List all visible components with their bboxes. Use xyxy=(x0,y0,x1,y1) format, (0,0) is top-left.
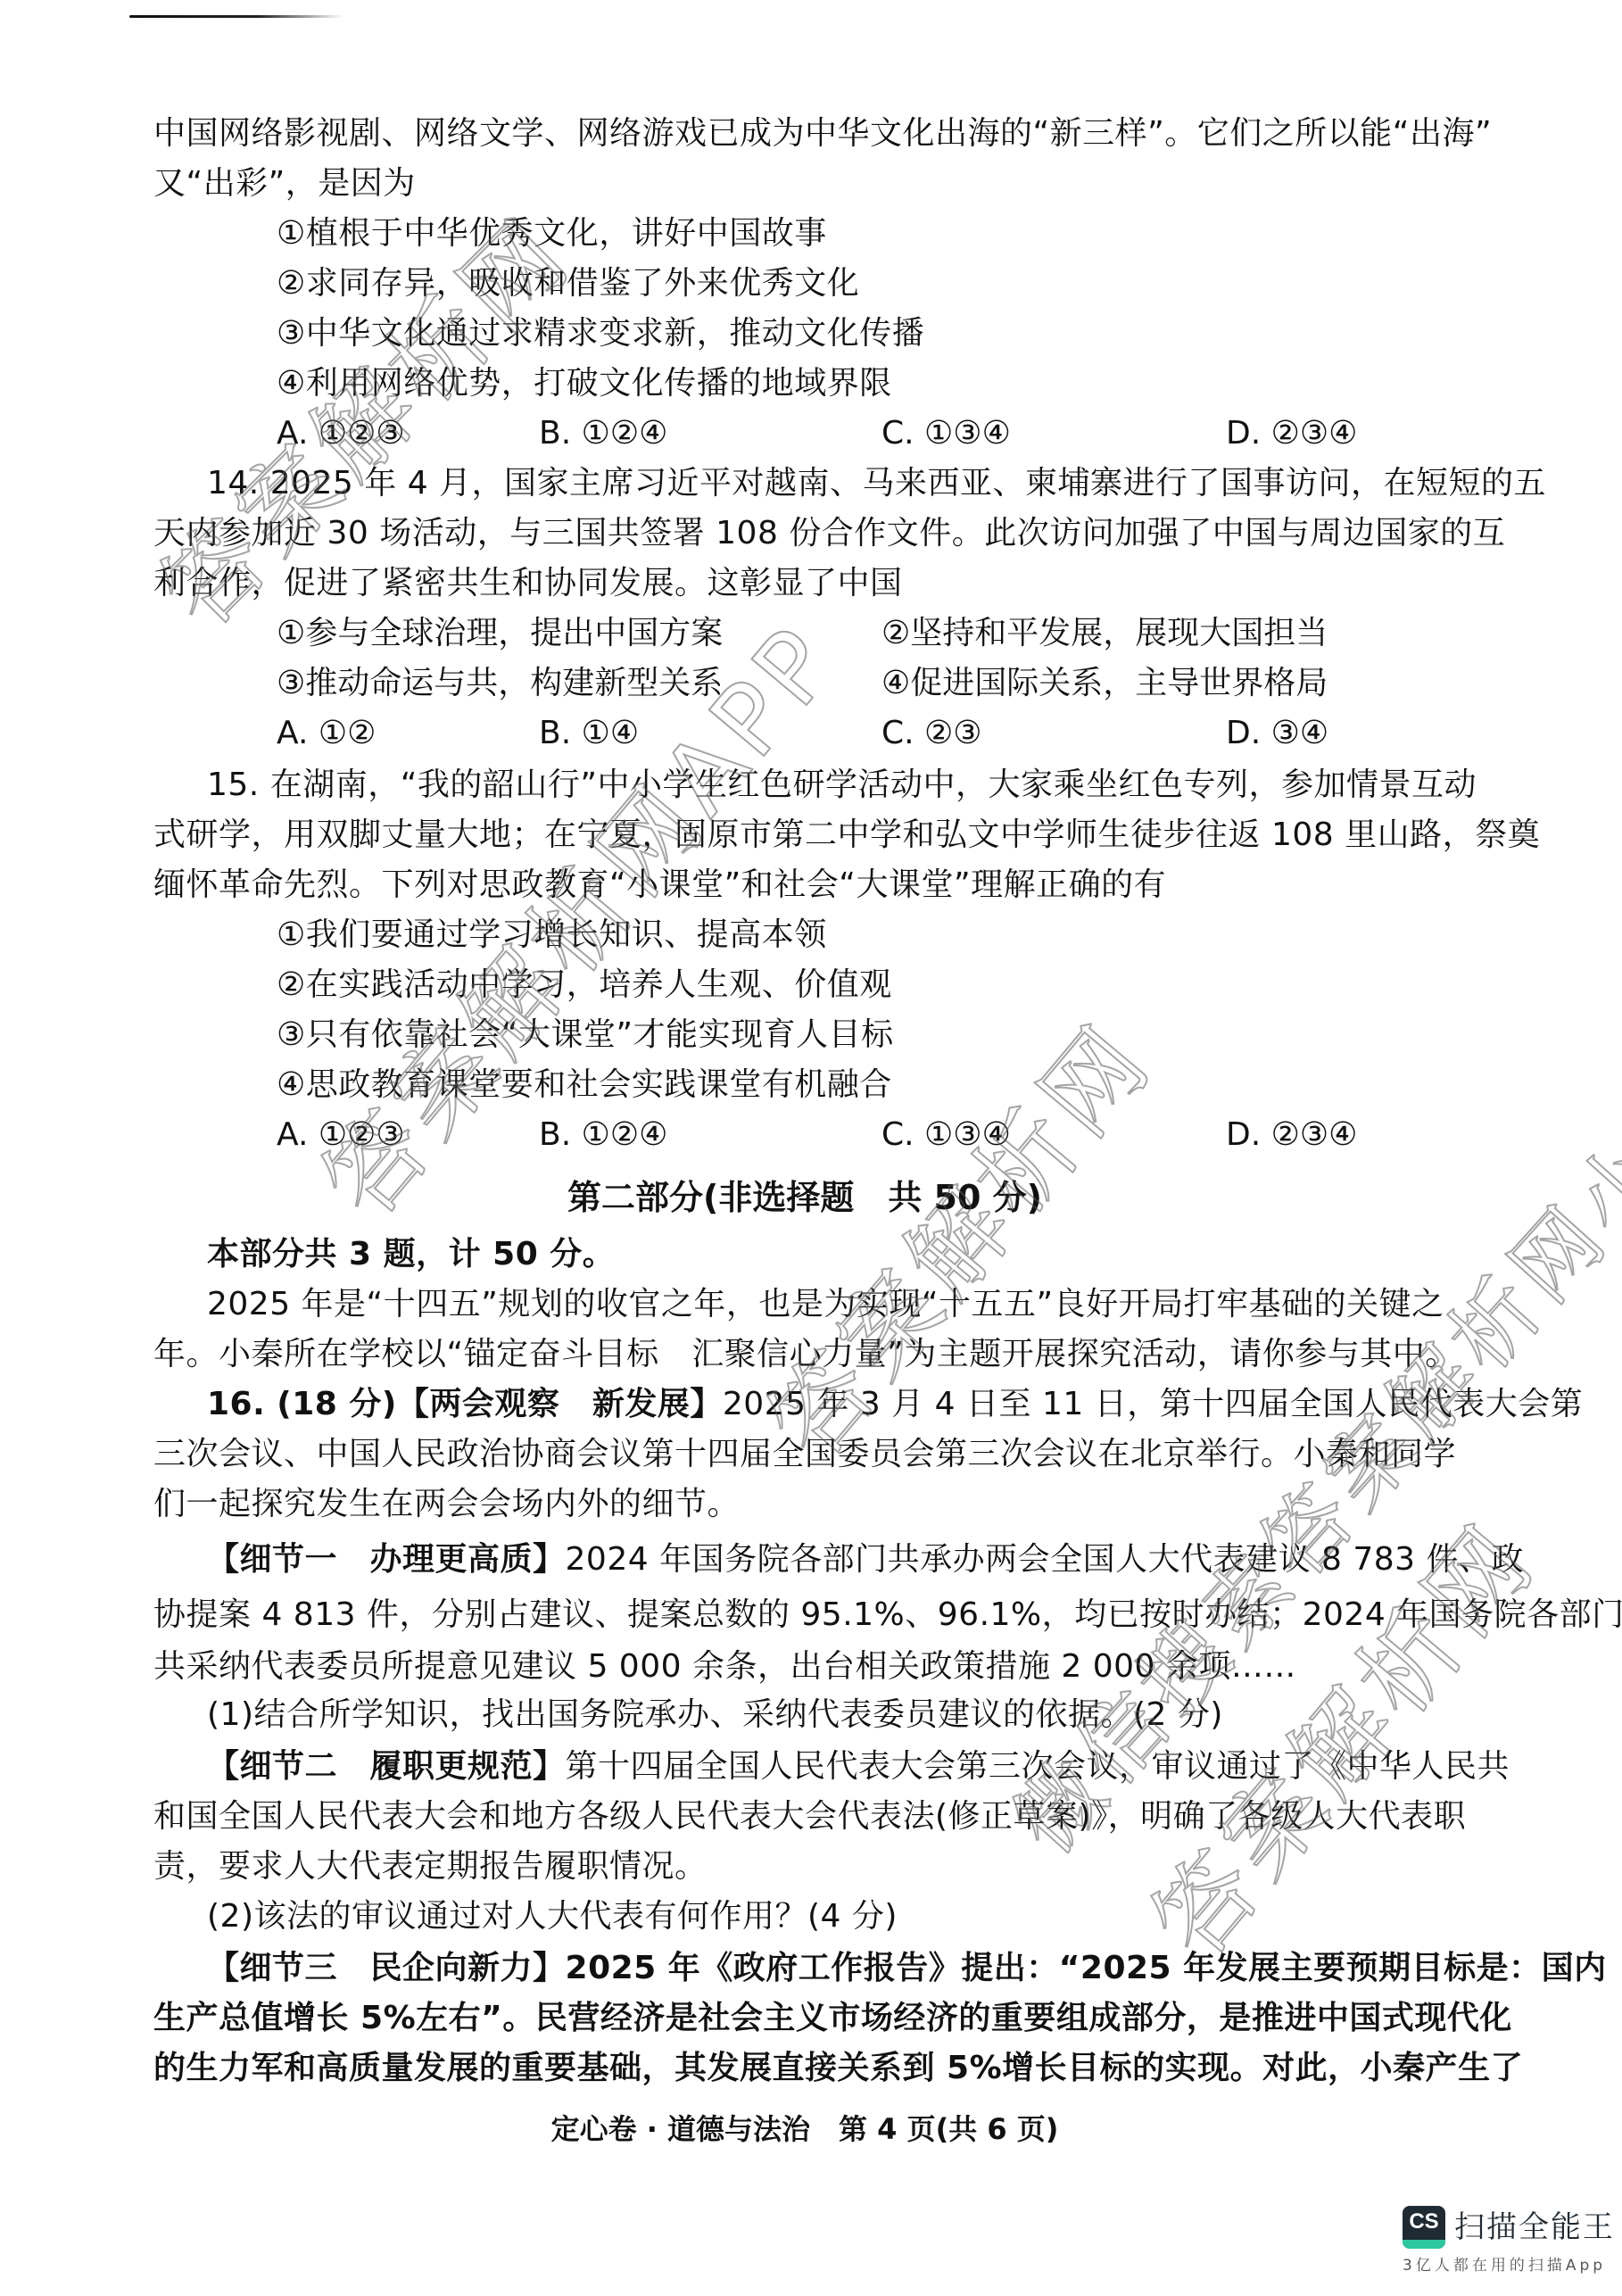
camscanner-logo-accent xyxy=(1403,2240,1445,2249)
q15-stem-line-2: 式研学，用双脚丈量大地；在宁夏，固原市第二中学和弘文中学师生徒步往返 108 里… xyxy=(153,816,1540,855)
q14-stem-line-1: 14. 2025 年 4 月，国家主席习近平对越南、马来西亚、柬埔寨进行了国事访… xyxy=(207,464,1546,503)
q15-option-b: B. ①②④ xyxy=(539,1115,667,1155)
camscanner-name: 扫描全能王 xyxy=(1454,2208,1615,2247)
q13-stem-line-2: 又“出彩”，是因为 xyxy=(153,164,416,203)
q15-statement-2: ②在实践活动中学习，培养人生观、价值观 xyxy=(277,966,892,1005)
q16-detail3-first-line: 【细节三 民企向新力】2025 年《政府工作报告》提出：“2025 年发展主要预… xyxy=(207,1949,1607,1988)
part2-context-line-2: 年。小秦所在学校以“锚定奋斗目标 汇聚信心力量”为主题开展探究活动，请你参与其中… xyxy=(153,1335,1458,1374)
q16-detail1-line-2: 协提案 4 813 件，分别占建议、提案总数的 95.1%、96.1%，均已按时… xyxy=(153,1596,1622,1635)
q14-statement-4: ④促进国际关系，主导世界格局 xyxy=(881,664,1328,703)
q14-statement-1: ①参与全球治理，提出中国方案 xyxy=(277,614,723,653)
q14-statement-3: ③推动命运与共，构建新型关系 xyxy=(277,664,723,703)
q15-statement-1: ①我们要通过学习增长知识、提高本领 xyxy=(277,916,827,955)
q13-option-a: A. ①②③ xyxy=(277,414,405,453)
q13-statement-2: ②求同存异，吸收和借鉴了外来优秀文化 xyxy=(277,264,859,303)
q16-header: 16. (18 分)【两会观察 新发展】2025 年 3 月 4 日至 11 日… xyxy=(207,1385,1583,1424)
detail3-text: 2025 年《政府工作报告》提出：“2025 年发展主要预期目标是：国内 xyxy=(566,1950,1607,1986)
q16-detail2-line-3: 责，要求人大代表定期报告履职情况。 xyxy=(153,1847,708,1886)
detail2-text: 第十四届全国人民代表大会第三次会议，审议通过了《中华人民共 xyxy=(566,1748,1510,1785)
q13-option-c: C. ①③④ xyxy=(881,414,1011,453)
scan-artifact-line xyxy=(129,15,343,18)
part2-intro: 本部分共 3 题，计 50 分。 xyxy=(207,1235,615,1274)
detail3-label: 【细节三 民企向新力】 xyxy=(207,1950,566,1986)
camscanner-logo-icon: CS xyxy=(1403,2206,1445,2249)
q15-option-a: A. ①②③ xyxy=(277,1115,405,1155)
q14-stem-line-2: 天内参加近 30 场活动，与三国共签署 108 份合作文件。此次访问加强了中国与… xyxy=(153,514,1505,553)
q16-line-1: 三次会议、中国人民政治协商会议第十四届全国委员会第三次会议在北京举行。小秦和同学 xyxy=(153,1435,1456,1474)
q15-option-c: C. ①③④ xyxy=(881,1115,1011,1155)
q15-stem-line-3: 缅怀革命先烈。下列对思政教育“小课堂”和社会“大课堂”理解正确的有 xyxy=(153,866,1166,905)
camscanner-tagline: 3亿人都在用的扫描App xyxy=(1403,2256,1606,2275)
q14-option-a: A. ①② xyxy=(277,714,376,753)
q13-stem-line-1: 中国网络影视剧、网络文学、网络游戏已成为中华文化出海的“新三样”。它们之所以能“… xyxy=(153,114,1492,153)
detail1-label: 【细节一 办理更高质】 xyxy=(207,1541,566,1578)
q16-detail2-line-2: 和国全国人民代表大会和地方各级人民代表大会代表法(修正草案)》，明确了各级人大代… xyxy=(153,1797,1466,1836)
q13-option-b: B. ①②④ xyxy=(539,414,667,453)
q16-header-text: 2025 年 3 月 4 日至 11 日，第十四届全国人民代表大会第 xyxy=(723,1386,1583,1422)
q13-statement-4: ④利用网络优势，打破文化传播的地域界限 xyxy=(277,364,892,403)
q13-statement-1: ①植根于中华优秀文化，讲好中国故事 xyxy=(277,214,827,253)
camscanner-logo-text: CS xyxy=(1403,2209,1445,2234)
q15-stem-line-1: 15. 在湖南，“我的韶山行”中小学生红色研学活动中，大家乘坐红色专列，参加情景… xyxy=(207,766,1477,805)
q16-question-1: (1)结合所学知识，找出国务院承办、采纳代表委员建议的依据。(2 分) xyxy=(207,1695,1223,1735)
q13-option-d: D. ②③④ xyxy=(1226,414,1357,453)
q16-detail3-line-2: 生产总值增长 5%左右”。民营经济是社会主义市场经济的重要组成部分，是推进中国式… xyxy=(153,1999,1512,2038)
part2-context-line-1: 2025 年是“十四五”规划的收官之年，也是为实现“十五五”良好开局打牢基础的关… xyxy=(207,1285,1444,1324)
q16-detail2-first-line: 【细节二 履职更规范】第十四届全国人民代表大会第三次会议，审议通过了《中华人民共 xyxy=(207,1747,1510,1786)
q14-stem-line-3: 利合作，促进了紧密共生和协同发展。这彰显了中国 xyxy=(153,564,903,603)
q14-option-b: B. ①④ xyxy=(539,714,639,753)
q15-statement-4: ④思政教育课堂要和社会实践课堂有机融合 xyxy=(277,1065,892,1105)
q13-statement-3: ③中华文化通过求精求变求新，推动文化传播 xyxy=(277,314,924,353)
page-footer: 定心卷 · 道德与法治 第 4 页(共 6 页) xyxy=(153,2111,1456,2147)
q16-detail1-line-3: 共采纳代表委员所提意见建议 5 000 余条，出台相关政策措施 2 000 余项… xyxy=(153,1647,1296,1687)
q15-statement-3: ③只有依靠社会“大课堂”才能实现育人目标 xyxy=(277,1015,894,1055)
part2-title: 第二部分(非选择题 共 50 分) xyxy=(153,1176,1456,1219)
q14-statement-2: ②坚持和平发展，展现大国担当 xyxy=(881,614,1328,653)
detail2-label: 【细节二 履职更规范】 xyxy=(207,1748,566,1785)
q15-option-d: D. ②③④ xyxy=(1226,1115,1357,1155)
q14-option-d: D. ③④ xyxy=(1226,714,1328,753)
q16-line-2: 们一起探究发生在两会会场内外的细节。 xyxy=(153,1485,740,1524)
detail1-text: 2024 年国务院各部门共承办两会全国人大代表建议 8 783 件、政 xyxy=(566,1541,1525,1578)
q16-detail1-first-line: 【细节一 办理更高质】2024 年国务院各部门共承办两会全国人大代表建议 8 7… xyxy=(207,1540,1524,1579)
q16-header-label: 16. (18 分)【两会观察 新发展】 xyxy=(207,1386,723,1422)
q14-option-c: C. ②③ xyxy=(881,714,982,753)
q16-question-2: (2)该法的审议通过对人大代表有何作用？(4 分) xyxy=(207,1897,898,1936)
q16-detail3-line-3: 的生力军和高质量发展的重要基础，其发展直接关系到 5%增长目标的实现。对此，小秦… xyxy=(153,2049,1523,2088)
